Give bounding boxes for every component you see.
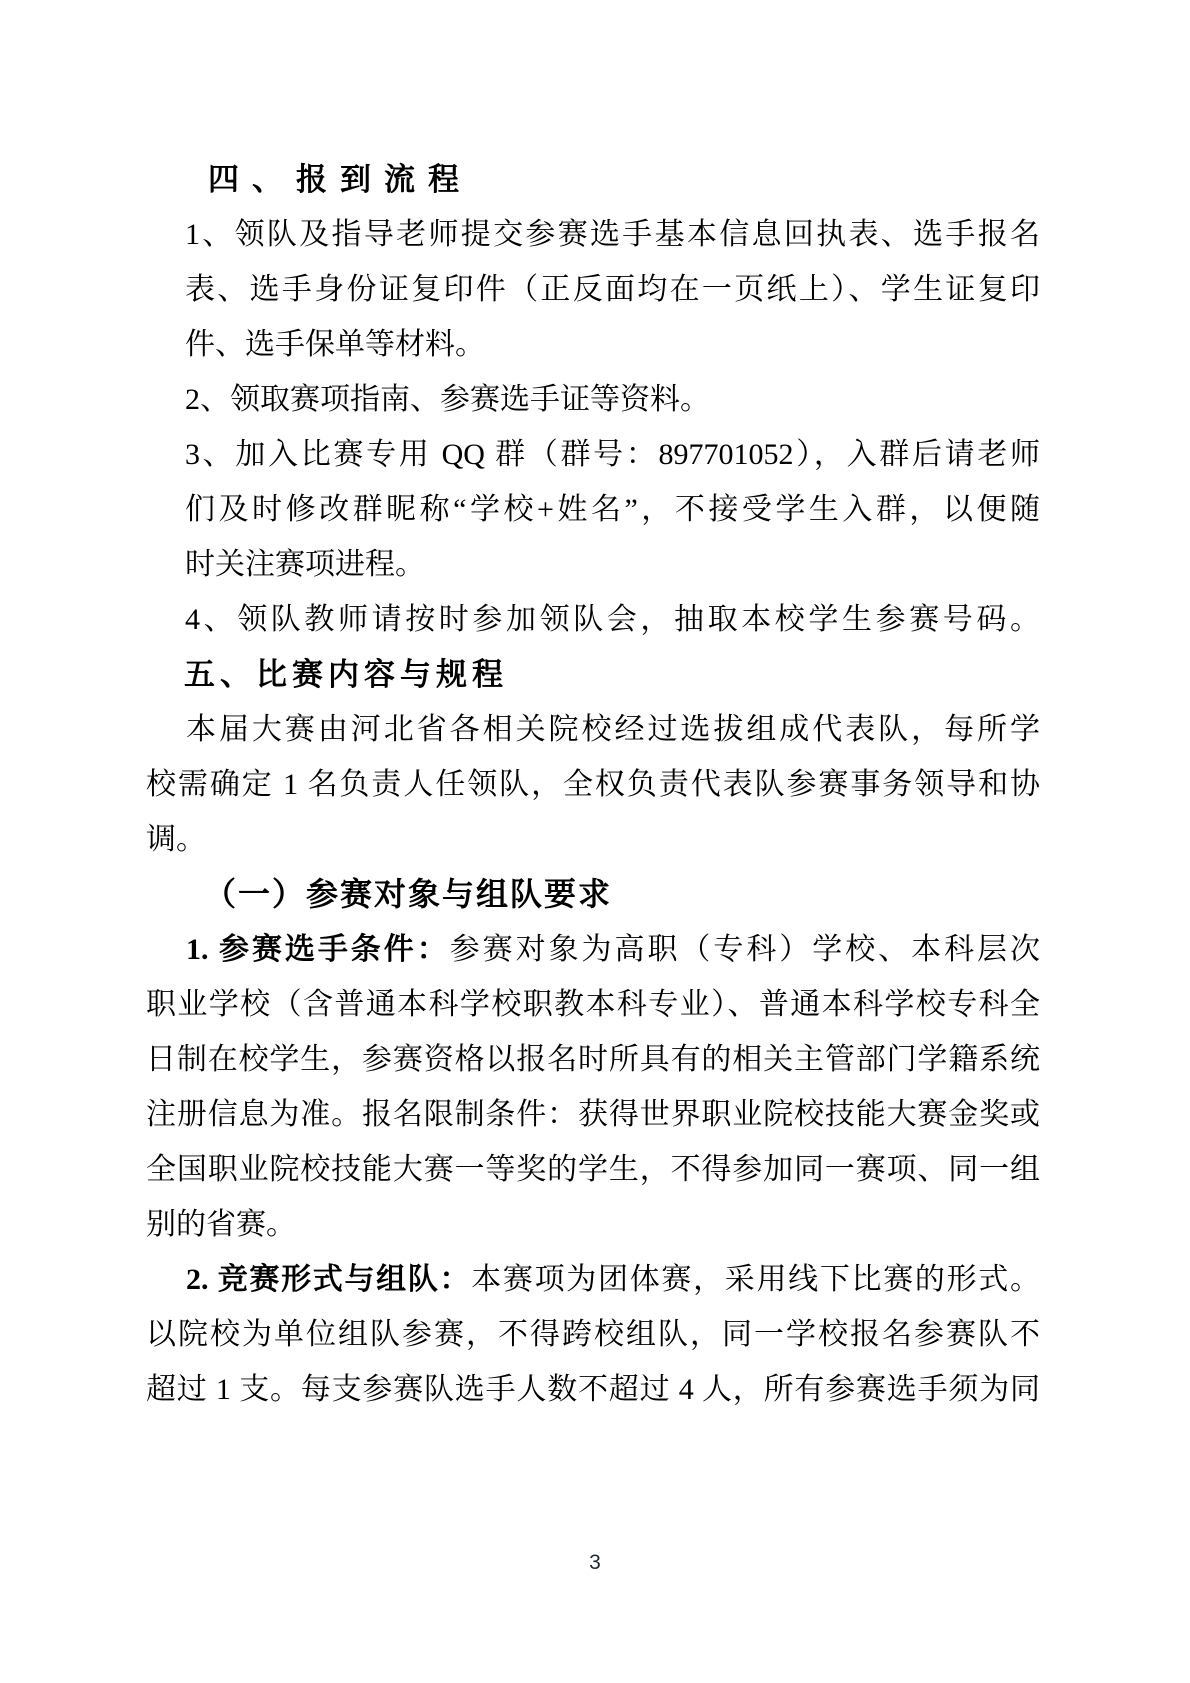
numbered-paragraph-3: 3、加入比赛专用 QQ 群（群号：897701052），入群后请老师 们及时修改… <box>185 427 1040 592</box>
body-paragraph-eligibility: 1. 参赛选手条件：参赛对象为高职（专科）学校、本科层次 职业学校（含普通本科学… <box>146 922 1040 1252</box>
subsection-heading-one: （一）参赛对象与组队要求 <box>146 867 1040 922</box>
paragraph-line: 2、领取赛项指南、参赛选手证等资料。 <box>185 372 1040 427</box>
paragraph-line: 校需确定 1 名负责人任领队，全权负责代表队参赛事务领导和协 <box>146 757 1040 812</box>
section-heading-five: 五、比赛内容与规程 <box>146 647 1040 702</box>
paragraph-line: 本届大赛由河北省各相关院校经过选拔组成代表队，每所学 <box>146 702 1040 757</box>
paragraph-line: 时关注赛项进程。 <box>185 537 1040 592</box>
numbered-paragraph-2: 2、领取赛项指南、参赛选手证等资料。 <box>185 372 1040 427</box>
paragraph-line: 调。 <box>146 812 1040 867</box>
paragraph-line: 超过 1 支。每支参赛队选手人数不超过 4 人，所有参赛选手须为同 <box>146 1362 1040 1417</box>
body-paragraph-intro: 本届大赛由河北省各相关院校经过选拔组成代表队，每所学 校需确定 1 名负责人任领… <box>146 702 1040 867</box>
paragraph-line: 2. 竞赛形式与组队：本赛项为团体赛，采用线下比赛的形式。 <box>146 1252 1040 1307</box>
numbered-paragraph-4: 4、领队教师请按时参加领队会，抽取本校学生参赛号码。 <box>185 592 1040 647</box>
bold-lead-text: 2. 竞赛形式与组队： <box>186 1263 471 1296</box>
paragraph-text: 参赛对象为高职（专科）学校、本科层次 <box>450 933 1040 966</box>
paragraph-line: 们及时修改群昵称“学校+姓名”，不接受学生入群，以便随 <box>185 482 1040 537</box>
paragraph-line: 1. 参赛选手条件：参赛对象为高职（专科）学校、本科层次 <box>146 922 1040 977</box>
section-heading-four: 四、报到流程 <box>146 152 1040 207</box>
paragraph-line: 4、领队教师请按时参加领队会，抽取本校学生参赛号码。 <box>185 592 1040 647</box>
paragraph-line: 全国职业院校技能大赛一等奖的学生，不得参加同一赛项、同一组 <box>146 1142 1040 1197</box>
numbered-paragraph-1: 1、领队及指导老师提交参赛选手基本信息回执表、选手报名 表、选手身份证复印件（正… <box>185 207 1040 372</box>
document-content: 四、报到流程 1、领队及指导老师提交参赛选手基本信息回执表、选手报名 表、选手身… <box>146 152 1040 1417</box>
paragraph-line: 表、选手身份证复印件（正反面均在一页纸上）、学生证复印 <box>185 262 1040 317</box>
body-paragraph-team-format: 2. 竞赛形式与组队：本赛项为团体赛，采用线下比赛的形式。 以院校为单位组队参赛… <box>146 1252 1040 1417</box>
paragraph-line: 3、加入比赛专用 QQ 群（群号：897701052），入群后请老师 <box>185 427 1040 482</box>
document-page: 四、报到流程 1、领队及指导老师提交参赛选手基本信息回执表、选手报名 表、选手身… <box>0 0 1190 1683</box>
bold-lead-text: 1. 参赛选手条件： <box>186 933 450 966</box>
page-number: 3 <box>0 1548 1190 1578</box>
paragraph-line: 别的省赛。 <box>146 1197 1040 1252</box>
paragraph-line: 1、领队及指导老师提交参赛选手基本信息回执表、选手报名 <box>185 207 1040 262</box>
paragraph-text: 本赛项为团体赛，采用线下比赛的形式。 <box>471 1263 1040 1296</box>
paragraph-line: 注册信息为准。报名限制条件：获得世界职业院校技能大赛金奖或 <box>146 1087 1040 1142</box>
paragraph-line: 日制在校学生，参赛资格以报名时所具有的相关主管部门学籍系统 <box>146 1032 1040 1087</box>
paragraph-line: 以院校为单位组队参赛，不得跨校组队，同一学校报名参赛队不 <box>146 1307 1040 1362</box>
paragraph-line: 职业学校（含普通本科学校职教本科专业）、普通本科学校专科全 <box>146 977 1040 1032</box>
paragraph-line: 件、选手保单等材料。 <box>185 317 1040 372</box>
